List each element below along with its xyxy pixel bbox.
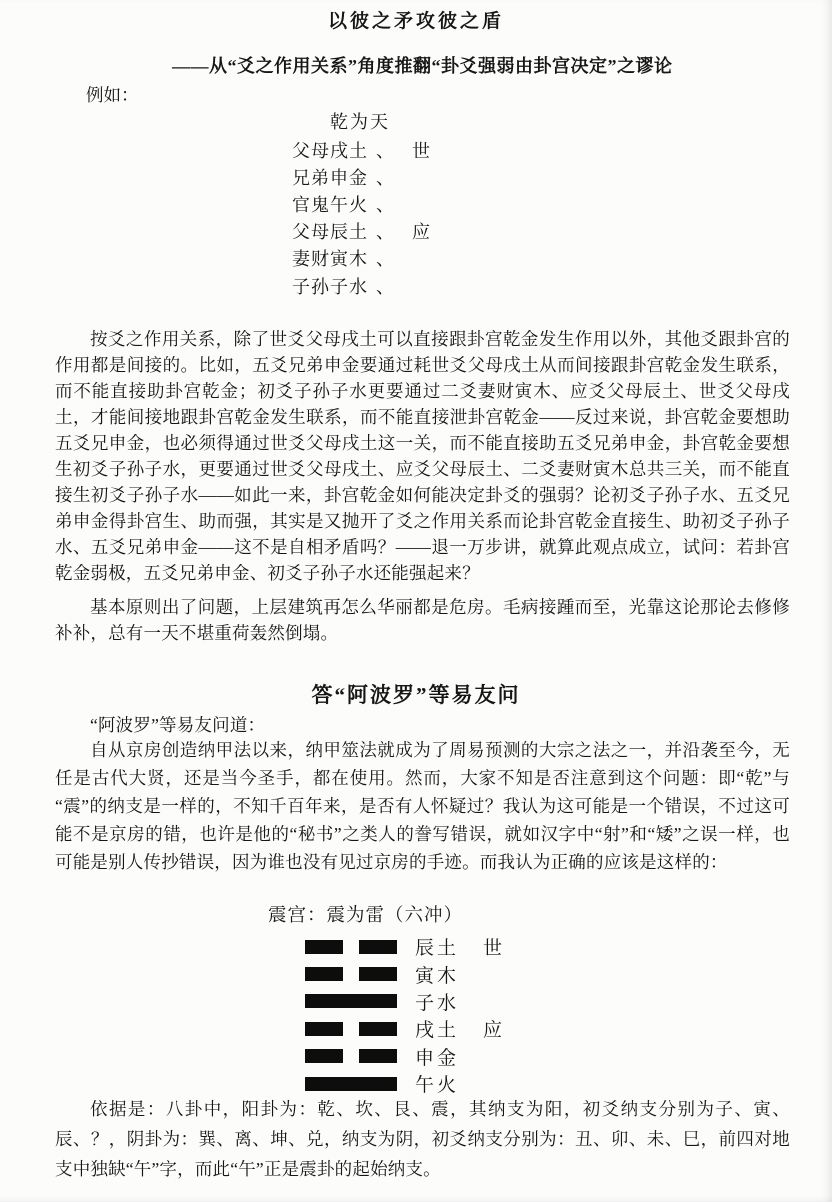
hexagram-line: 兄弟申金 、: [292, 163, 430, 190]
paragraph-basis: 依据是：八卦中，阳卦为：乾、坎、艮、震，其纳支为阳，初爻纳支分别为子、寅、辰、？…: [55, 1094, 790, 1184]
hexagram-line: 子孙子水 、: [292, 272, 430, 299]
page-title: 以彼之矛攻彼之盾: [0, 6, 832, 33]
yang-line-mark: 、: [376, 218, 394, 244]
yin-line-bar: [305, 940, 397, 954]
hexagram-line: 寅木: [305, 960, 502, 987]
paragraph-najia-question: 自从京房创造纳甲法以来，纳甲筮法就成为了周易预测的大宗之法之一，并沿袭至今，无任…: [55, 736, 790, 876]
yang-line-mark: 、: [376, 273, 394, 299]
hexagram-qian: 乾为天 父母戌土 、 世 兄弟申金 、 官鬼午火 、 父母辰土 、 应 妻财寅木…: [292, 108, 430, 299]
line-label: 辰土: [415, 933, 471, 960]
example-label: 例如：: [86, 82, 139, 107]
hexagram-line: 父母戌土 、 世: [292, 136, 430, 163]
hexagram-line: 父母辰土 、 应: [292, 218, 430, 245]
hexagram-line: 子水: [305, 988, 502, 1015]
yin-line-bar: [305, 1049, 397, 1063]
yin-line-bar: [305, 967, 397, 981]
yin-line-bar: [305, 1022, 397, 1036]
line-label: 戌土: [415, 1015, 471, 1042]
yang-line-mark: 、: [376, 191, 394, 217]
hexagram-line: 申金: [305, 1043, 502, 1070]
yang-line-bar: [305, 994, 397, 1008]
line-label: 子孙子水: [292, 273, 368, 299]
line-position: 世: [412, 137, 430, 163]
line-position: 应: [483, 1015, 502, 1042]
hexagram-qian-name: 乾为天: [330, 108, 430, 136]
section-heading: 答“阿波罗”等易友问: [0, 679, 832, 709]
line-label: 申金: [415, 1043, 471, 1070]
hexagram-zhen-name: 震宫：震为雷（六冲）: [268, 901, 463, 927]
hexagram-line: 官鬼午火 、: [292, 190, 430, 217]
line-position: 应: [412, 218, 430, 244]
line-label: 兄弟申金: [292, 164, 368, 190]
paragraph-argument-1: 按爻之作用关系，除了世爻父母戌土可以直接跟卦宫乾金发生作用以外，其他爻跟卦宫的作…: [55, 326, 790, 586]
line-label: 父母辰土: [292, 218, 368, 244]
line-label: 子水: [415, 988, 471, 1015]
paragraph-argument-2: 基本原则出了问题，上层建筑再怎么华丽都是危房。毛病接踵而至，光靠这论那论去修修补…: [55, 594, 790, 646]
document-page: 以彼之矛攻彼之盾 ——从“爻之作用关系”角度推翻“卦爻强弱由卦宫决定”之谬论 例…: [0, 0, 832, 1202]
yang-line-mark: 、: [376, 245, 394, 271]
line-position: 世: [483, 933, 502, 960]
subtitle: ——从“爻之作用关系”角度推翻“卦爻强弱由卦宫决定”之谬论: [172, 52, 673, 78]
line-label: 寅木: [415, 961, 471, 988]
line-label: 父母戌土: [292, 137, 368, 163]
hexagram-line: 辰土 世: [305, 933, 502, 960]
line-label: 妻财寅木: [292, 245, 368, 271]
line-label: 官鬼午火: [292, 191, 368, 217]
yang-line-mark: 、: [376, 164, 394, 190]
yang-line-mark: 、: [376, 137, 394, 163]
hexagram-line: 妻财寅木 、: [292, 245, 430, 272]
paragraph-question-intro: “阿波罗”等易友问道：: [55, 712, 790, 738]
yang-line-bar: [305, 1077, 397, 1091]
hexagram-line: 戌土 应: [305, 1015, 502, 1042]
hexagram-zhen: 辰土 世 寅木 子水 戌土 应 申金 午火: [305, 933, 502, 1097]
